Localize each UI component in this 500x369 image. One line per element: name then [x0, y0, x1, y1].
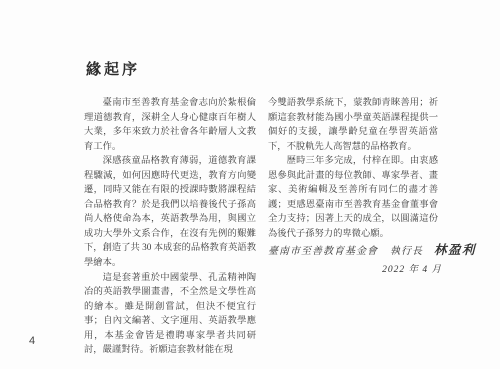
signature-block: 臺南市至善教育基金會 執行長 林盈利 2022 年 4 月 [268, 240, 458, 275]
signature-role: 執行長 [390, 246, 423, 257]
page-number: 4 [29, 335, 35, 347]
text-column-left: 臺南市至善教育基金會志向於紮根倫理道德教育，深耕全人身心健康百年樹人大業，多年來… [84, 96, 256, 358]
text-column-right: 今雙語教學系統下，蒙教師青睞善用；祈願這套教材能為國小學童英語課程提供一個好的支… [268, 96, 438, 241]
page-title: 緣起序 [86, 58, 140, 79]
paragraph-continuation: 今雙語教學系統下，蒙教師青睞善用；祈願這套教材能為國小學童英語課程提供一個好的支… [268, 96, 438, 154]
paragraph: 歷時三年多完成，付梓在即。由衷感恩參與此計畫的每位教師、專家學者、畫家、美術編輯… [268, 154, 438, 241]
signature-line: 臺南市至善教育基金會 執行長 林盈利 [268, 240, 458, 259]
paragraph: 這是套著重於中國蒙學、孔孟精神陶冶的英語教學圖畫書，不全然是文學性高的繪本。雖是… [84, 271, 256, 358]
paragraph: 臺南市至善教育基金會志向於紮根倫理道德教育，深耕全人身心健康百年樹人大業，多年來… [84, 96, 256, 154]
signature-date: 2022 年 4 月 [268, 261, 442, 275]
paragraph: 深感孩童品格教育薄弱，道德教育課程驟減，如何因應時代更迭，教育方向變遷，同時又能… [84, 154, 256, 270]
signature-name: 林盈利 [434, 243, 476, 257]
signature-organization: 臺南市至善教育基金會 [268, 246, 378, 257]
book-page: 緣起序 臺南市至善教育基金會志向於紮根倫理道德教育，深耕全人身心健康百年樹人大業… [0, 0, 500, 369]
